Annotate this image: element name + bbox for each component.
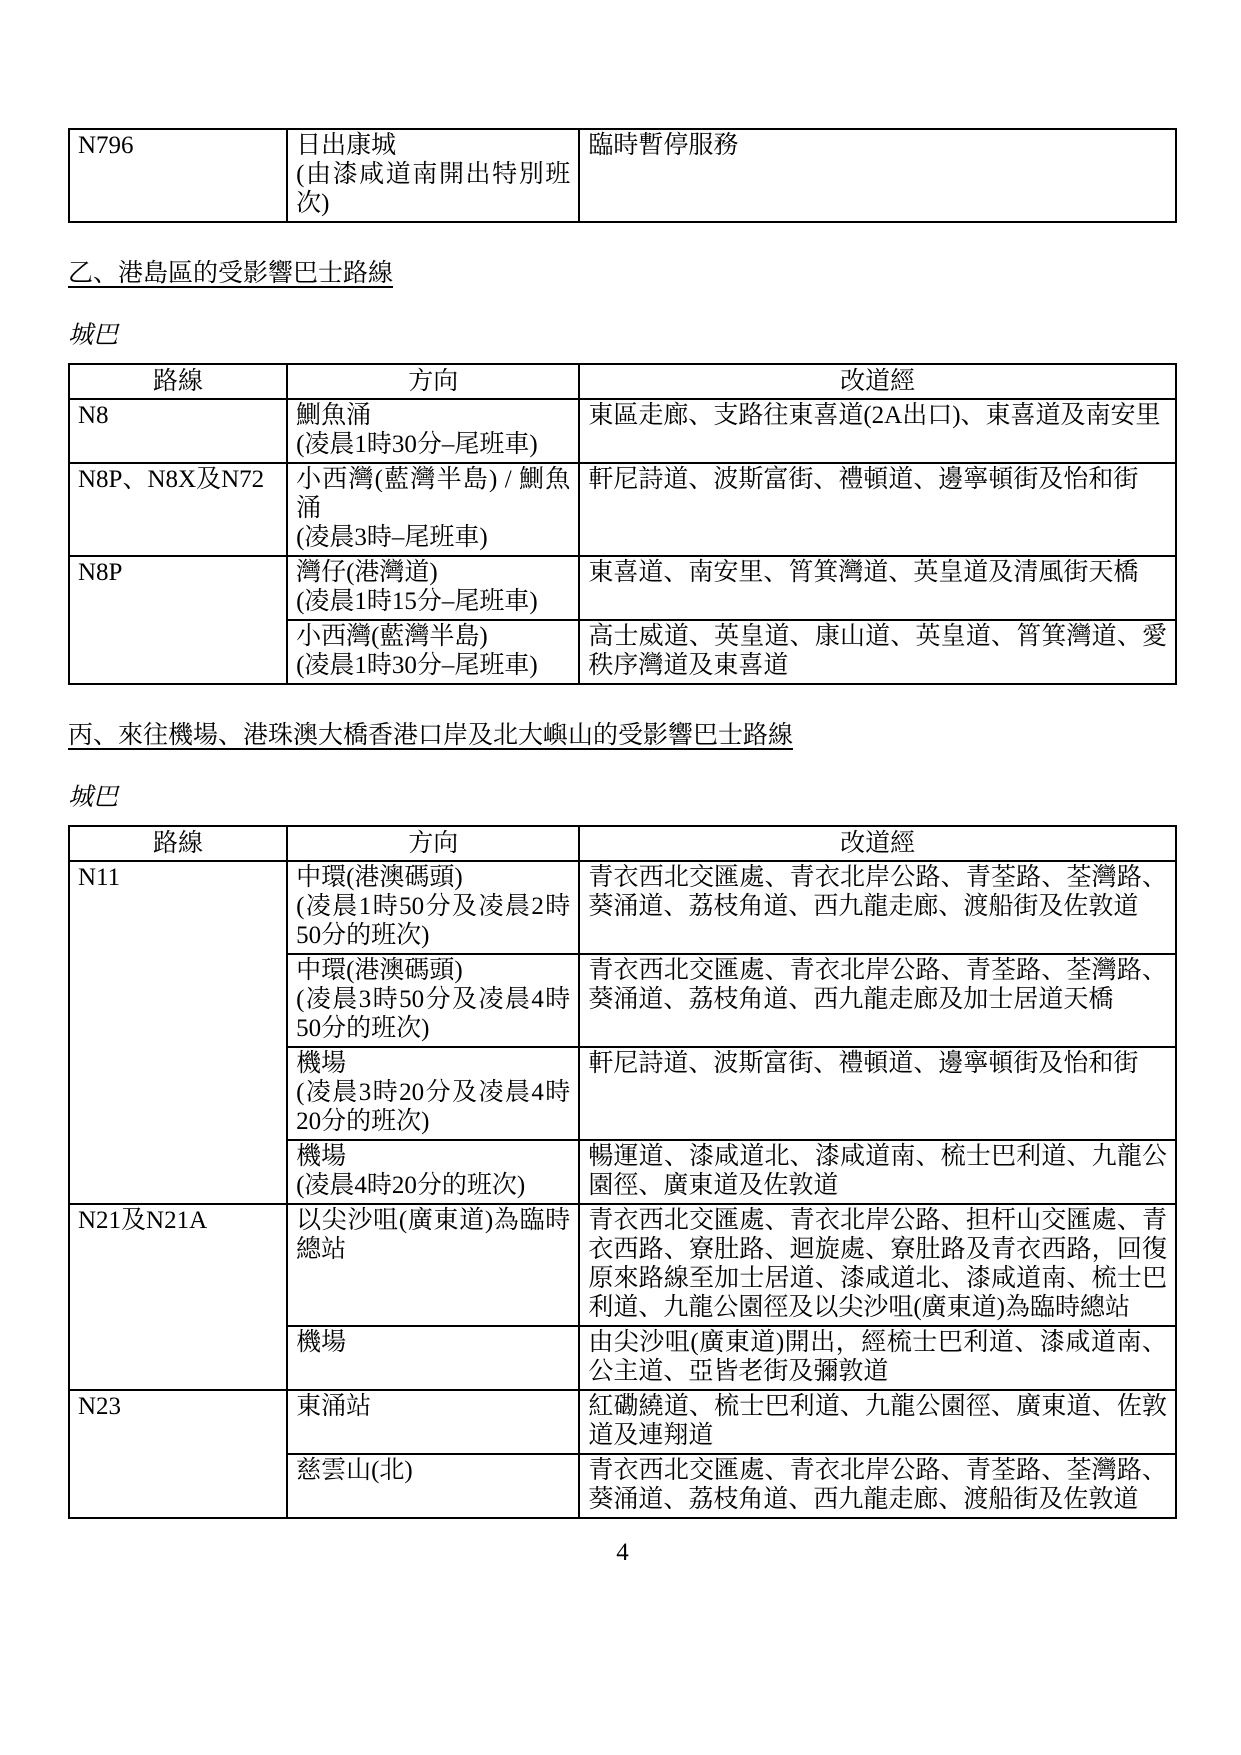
table-row: N23 東涌站 紅磡繞道、梳士巴利道、九龍公園徑、廣東道、佐敦道及連翔道 [69,1390,1176,1454]
direction-cell: 慈雲山(北) [287,1454,579,1518]
page-number: 4 [68,1539,1177,1567]
table-row: N8P、N8X及N72 小西灣(藍灣半島) / 鰂魚涌 (凌晨3時–尾班車) 軒… [69,463,1176,556]
table-row: N796 日出康城 (由漆咸道南開出特別班次) 臨時暫停服務 [69,129,1176,222]
via-cell: 軒尼詩道、波斯富街、禮頓道、邊寧頓街及怡和街 [579,463,1176,556]
direction-cell: 機場 (凌晨3時20分及凌晨4時20分的班次) [287,1047,579,1140]
column-header-route: 路線 [69,364,287,399]
table-row: N11 中環(港澳碼頭) (凌晨1時50分及凌晨2時50分的班次) 青衣西北交匯… [69,861,1176,954]
direction-cell: 機場 [287,1326,579,1390]
via-cell: 軒尼詩道、波斯富街、禮頓道、邊寧頓街及怡和街 [579,1047,1176,1140]
continuation-table: N796 日出康城 (由漆咸道南開出特別班次) 臨時暫停服務 [68,128,1177,223]
via-cell: 東喜道、南安里、筲箕灣道、英皇道及清風街天橋 [579,556,1176,620]
route-cell: N8 [69,399,287,463]
direction-cell: 以尖沙咀(廣東道)為臨時總站 [287,1204,579,1326]
direction-cell: 機場 (凌晨4時20分的班次) [287,1140,579,1204]
table-header-row: 路線 方向 改道經 [69,364,1176,399]
table-header-row: 路線 方向 改道經 [69,826,1176,861]
section-b-table: 路線 方向 改道經 N8 鰂魚涌 (凌晨1時30分–尾班車) 東區走廊、支路往東… [68,363,1177,685]
table-row: N8P 灣仔(港灣道) (凌晨1時15分–尾班車) 東喜道、南安里、筲箕灣道、英… [69,556,1176,620]
route-cell: N8P、N8X及N72 [69,463,287,556]
column-header-route: 路線 [69,826,287,861]
direction-cell: 灣仔(港灣道) (凌晨1時15分–尾班車) [287,556,579,620]
route-cell: N796 [69,129,287,222]
column-header-direction: 方向 [287,364,579,399]
section-b-heading: 乙、港島區的受影響巴士路線 [68,259,1177,289]
direction-cell: 鰂魚涌 (凌晨1時30分–尾班車) [287,399,579,463]
via-cell: 暢運道、漆咸道北、漆咸道南、梳士巴利道、九龍公園徑、廣東道及佐敦道 [579,1140,1176,1204]
via-cell: 青衣西北交匯處、青衣北岸公路、担杆山交匯處、青衣西路、寮肚路、迴旋處、寮肚路及青… [579,1204,1176,1326]
direction-cell: 中環(港澳碼頭) (凌晨3時50分及凌晨4時50分的班次) [287,954,579,1047]
direction-cell: 東涌站 [287,1390,579,1454]
via-cell: 青衣西北交匯處、青衣北岸公路、青荃路、荃灣路、葵涌道、荔枝角道、西九龍走廊及加士… [579,954,1176,1047]
column-header-via: 改道經 [579,826,1176,861]
via-cell: 青衣西北交匯處、青衣北岸公路、青荃路、荃灣路、葵涌道、荔枝角道、西九龍走廊、渡船… [579,1454,1176,1518]
via-cell: 由尖沙咀(廣東道)開出，經梳士巴利道、漆咸道南、公主道、亞皆老街及彌敦道 [579,1326,1176,1390]
direction-cell: 小西灣(藍灣半島) / 鰂魚涌 (凌晨3時–尾班車) [287,463,579,556]
section-c-table: 路線 方向 改道經 N11 中環(港澳碼頭) (凌晨1時50分及凌晨2時50分的… [68,825,1177,1519]
via-cell: 高士威道、英皇道、康山道、英皇道、筲箕灣道、愛秩序灣道及東喜道 [579,620,1176,684]
section-c-heading: 丙、來往機場、港珠澳大橋香港口岸及北大嶼山的受影響巴士路線 [68,721,1177,751]
document-page: N796 日出康城 (由漆咸道南開出特別班次) 臨時暫停服務 乙、港島區的受影響… [0,0,1241,1755]
route-cell: N11 [69,861,287,1204]
column-header-direction: 方向 [287,826,579,861]
route-cell: N21及N21A [69,1204,287,1390]
direction-cell: 中環(港澳碼頭) (凌晨1時50分及凌晨2時50分的班次) [287,861,579,954]
column-header-via: 改道經 [579,364,1176,399]
direction-cell: 小西灣(藍灣半島) (凌晨1時30分–尾班車) [287,620,579,684]
via-cell: 臨時暫停服務 [579,129,1176,222]
route-cell: N23 [69,1390,287,1518]
section-b-operator: 城巴 [68,321,1177,351]
section-c-operator: 城巴 [68,783,1177,813]
table-row: N8 鰂魚涌 (凌晨1時30分–尾班車) 東區走廊、支路往東喜道(2A出口)、東… [69,399,1176,463]
direction-cell: 日出康城 (由漆咸道南開出特別班次) [287,129,579,222]
via-cell: 青衣西北交匯處、青衣北岸公路、青荃路、荃灣路、葵涌道、荔枝角道、西九龍走廊、渡船… [579,861,1176,954]
route-cell: N8P [69,556,287,684]
via-cell: 紅磡繞道、梳士巴利道、九龍公園徑、廣東道、佐敦道及連翔道 [579,1390,1176,1454]
via-cell: 東區走廊、支路往東喜道(2A出口)、東喜道及南安里 [579,399,1176,463]
table-row: N21及N21A 以尖沙咀(廣東道)為臨時總站 青衣西北交匯處、青衣北岸公路、担… [69,1204,1176,1326]
